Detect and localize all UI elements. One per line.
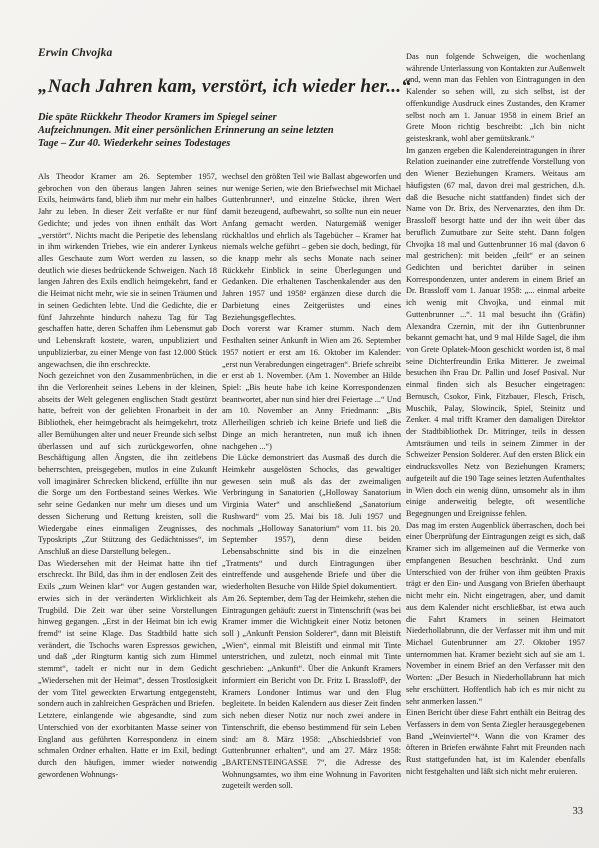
paragraph: Die Lücke demonstriert das Ausmaß des du…	[222, 452, 401, 593]
article-subtitle-line: Aufzeichnungen. Mit einer persönlichen E…	[38, 124, 408, 137]
paragraph: Noch gezeichnet von den Zusammenbrüchen,…	[38, 370, 217, 558]
text-column-1: Als Theodor Kramer am 26. September 1957…	[38, 171, 217, 821]
paragraph: Als Theodor Kramer am 26. September 1957…	[38, 171, 217, 370]
paragraph: Doch vorerst war Kramer stumm. Nach dem …	[222, 323, 401, 452]
journal-page: Erwin Chvojka „Nach Jahren kam, verstört…	[0, 0, 599, 848]
text-column-2: wechsel den größten Teil wie Ballast abg…	[222, 171, 401, 801]
paragraph: Im ganzen ergeben die Kalendereintragung…	[406, 145, 585, 520]
paragraph: Das mag im ersten Augenblick überraschen…	[406, 520, 585, 708]
article-subtitle: Die späte Rückkehr Theodor Kramers im Sp…	[38, 111, 408, 151]
article-subtitle-line: Die späte Rückkehr Theodor Kramers im Sp…	[38, 111, 408, 124]
paragraph: Das Wiedersehen mit der Heimat hatte ihn…	[38, 558, 217, 710]
article-title: „Nach Jahren kam, verstört, ich wieder h…	[38, 76, 408, 98]
paragraph: Letztere, einlangende wie abgesandte, si…	[38, 710, 217, 780]
text-column-3: Das nun folgende Schweigen, die wochenla…	[406, 51, 585, 803]
paragraph: Am 26. September, dem Tag der Heimkehr, …	[222, 593, 401, 792]
paragraph: wechsel den größten Teil wie Ballast abg…	[222, 171, 401, 323]
author-name: Erwin Chvojka	[38, 47, 113, 59]
article-subtitle-line: Tage – Zur 40. Wiederkehr seines Todesta…	[38, 137, 408, 150]
paragraph: Das nun folgende Schweigen, die wochenla…	[406, 51, 585, 145]
paragraph: Einen Bericht über diese Fahrt enthält e…	[406, 707, 585, 777]
page-number: 33	[573, 806, 584, 817]
